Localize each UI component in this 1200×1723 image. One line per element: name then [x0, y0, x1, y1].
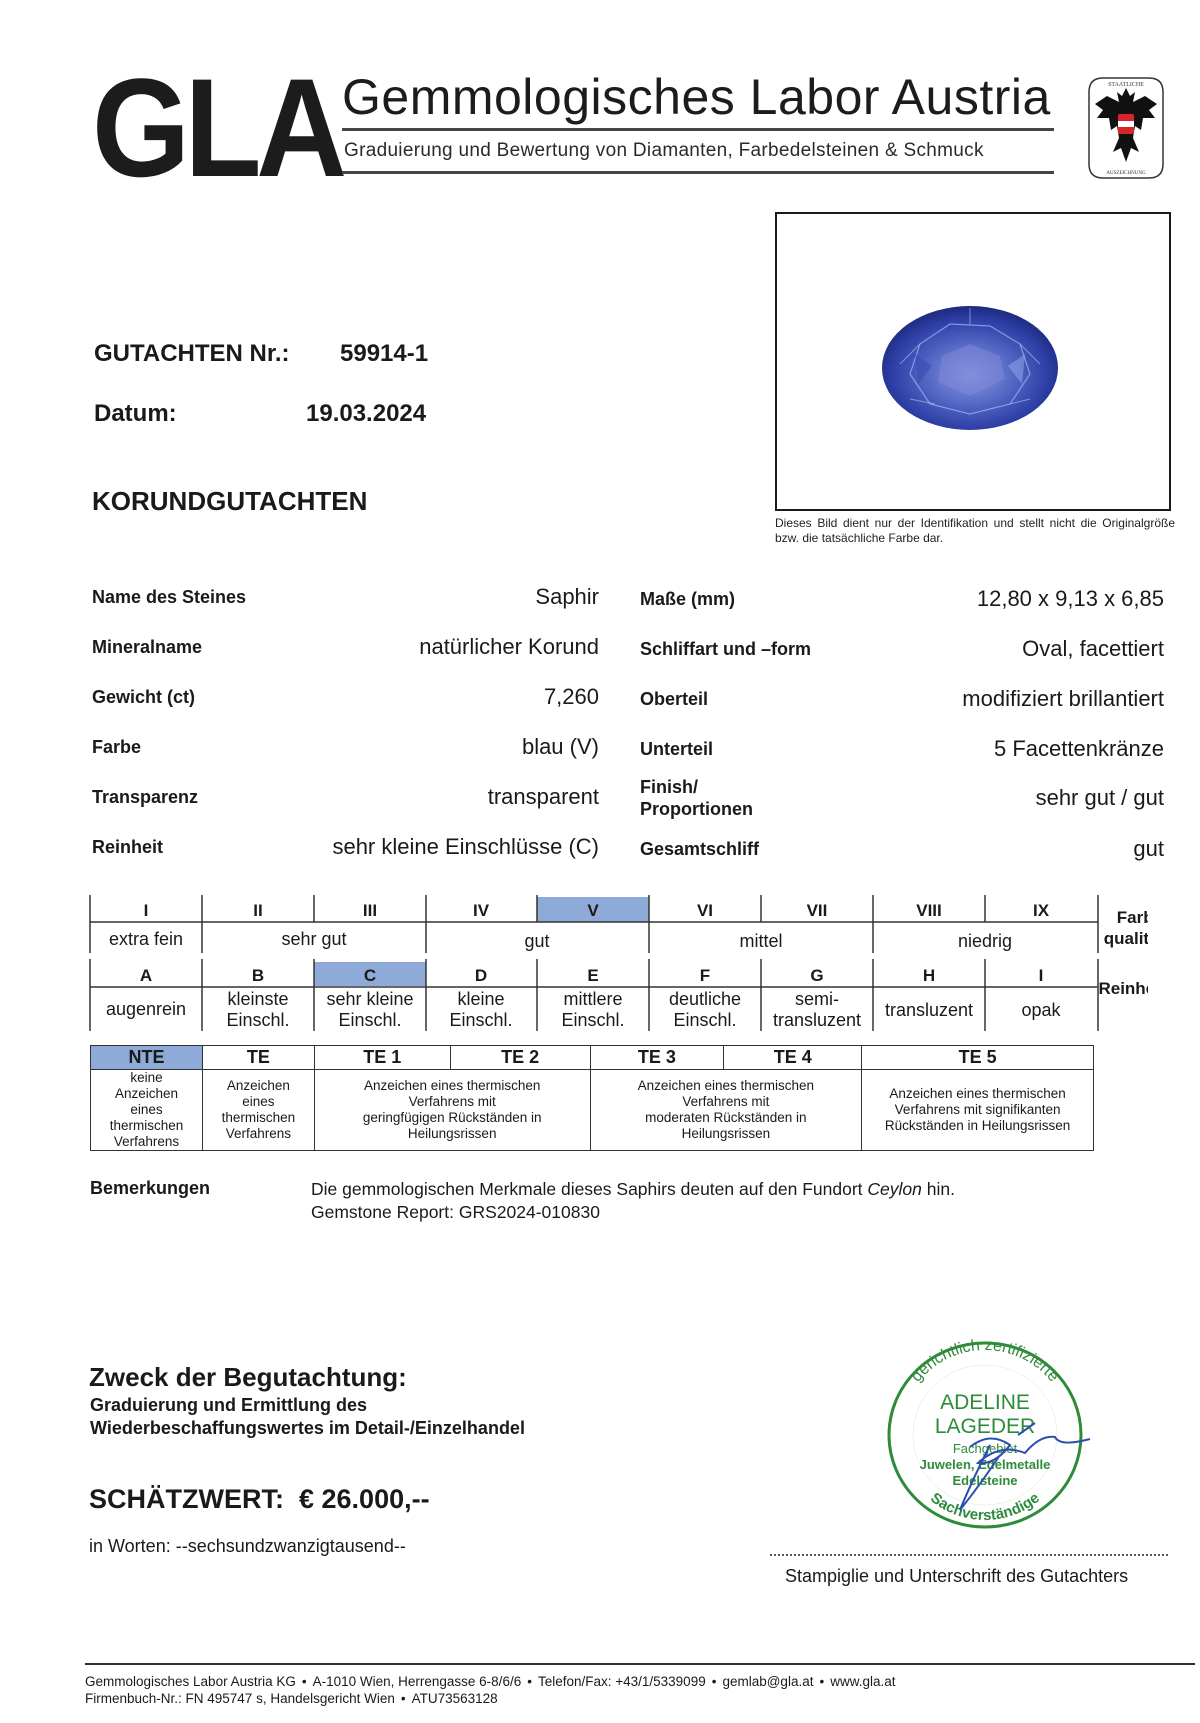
svg-text:AUSZEICHNUNG: AUSZEICHNUNG: [1106, 171, 1146, 176]
clarity-grade: A: [140, 966, 152, 985]
property-value: Oval, facettiert: [1022, 636, 1164, 662]
property-row: Transparenz transparent: [92, 784, 599, 810]
header-rule-bottom: [342, 171, 1054, 174]
property-value: transparent: [488, 784, 599, 810]
property-value: gut: [1133, 836, 1164, 862]
property-label: Transparenz: [92, 786, 198, 808]
treatment-grade-NTE: NTE: [91, 1046, 203, 1070]
property-label: Oberteil: [640, 688, 708, 710]
footer-phone: Telefon/Fax: +43/1/5339099: [538, 1674, 706, 1689]
color-grade-V: V: [587, 901, 599, 920]
property-label: Farbe: [92, 736, 141, 758]
clarity-desc: mittlere: [563, 989, 622, 1009]
clarity-grade: I: [1039, 966, 1044, 985]
treatment-desc: keineAnzeicheneinesthermischenVerfahrens: [91, 1070, 203, 1151]
property-label: Unterteil: [640, 738, 713, 760]
property-row: Gesamtschliff gut: [640, 836, 1164, 862]
footer-address: A-1010 Wien, Herrengasse 6-8/6/6: [313, 1674, 522, 1689]
property-value: sehr kleine Einschlüsse (C): [332, 834, 599, 860]
color-grade-IX: IX: [1033, 901, 1050, 920]
footer-rule: [85, 1663, 1195, 1665]
clarity-desc: Einschl.: [673, 1010, 736, 1030]
property-value: 12,80 x 9,13 x 6,85: [977, 586, 1164, 612]
property-row: Maße (mm) 12,80 x 9,13 x 6,85: [640, 586, 1164, 612]
treatment-desc: AnzeicheneinesthermischenVerfahrens: [202, 1070, 314, 1151]
clarity-desc: Einschl.: [226, 1010, 289, 1030]
lab-name: Gemmologisches Labor Austria: [342, 68, 1051, 126]
clarity-grade: B: [252, 966, 264, 985]
svg-text:ADELINE: ADELINE: [940, 1391, 1030, 1414]
color-grade-I: I: [144, 901, 149, 920]
valuation-amount: € 26.000,--: [299, 1484, 430, 1514]
clarity-grade: F: [700, 966, 710, 985]
treatment-table: NTE TE TE 1 TE 2 TE 3 TE 4 TE 5 keineAnz…: [90, 1045, 1094, 1151]
color-group: extra fein: [109, 929, 183, 949]
valuation-in-words: in Worten: --sechsundzwanzigtausend--: [89, 1536, 406, 1557]
property-row: Oberteil modifiziert brillantiert: [640, 686, 1164, 712]
treatment-grade-TE4: TE 4: [724, 1046, 862, 1070]
clarity-desc: augenrein: [106, 999, 186, 1019]
color-group: mittel: [739, 931, 782, 951]
footer-company: Gemmologisches Labor Austria KG: [85, 1674, 296, 1689]
date-label: Datum:: [94, 400, 177, 428]
treatment-grade-TE5: TE 5: [862, 1046, 1094, 1070]
appraiser-stamp-icon: gerichtlich zertifizierte Sachverständig…: [860, 1335, 1110, 1535]
report-number-label: GUTACHTEN Nr.:: [94, 340, 290, 368]
svg-text:Juwelen, Edelmetalle: Juwelen, Edelmetalle: [920, 1457, 1051, 1472]
property-value: sehr gut / gut: [1036, 785, 1164, 811]
remarks-label: Bemerkungen: [90, 1178, 210, 1199]
clarity-desc: Einschl.: [449, 1010, 512, 1030]
footer-vat: ATU73563128: [412, 1691, 498, 1706]
property-row: Mineralname natürlicher Korund: [92, 634, 599, 660]
report-number-value: 59914-1: [340, 340, 428, 368]
property-label: Gesamtschliff: [640, 838, 759, 860]
gla-logo: GLA: [92, 58, 342, 198]
property-label: Schliffart und –form: [640, 638, 811, 660]
svg-text:STAATLICHE: STAATLICHE: [1108, 82, 1144, 88]
footer-email[interactable]: gemlab@gla.at: [722, 1674, 813, 1689]
purpose-title: Zweck der Begutachtung:: [89, 1362, 407, 1393]
footer-register: Firmenbuch-Nr.: FN 495747 s, Handelsgeri…: [85, 1691, 395, 1706]
color-group: niedrig: [958, 931, 1012, 951]
property-label: Name des Steines: [92, 586, 246, 608]
clarity-grade: E: [587, 966, 598, 985]
treatment-desc: Anzeichen eines thermischenVerfahrens mi…: [862, 1070, 1094, 1151]
property-row: Farbe blau (V): [92, 734, 599, 760]
grading-scale: I II III IV V VI VII VIII IX extra fein …: [88, 895, 1148, 1035]
signature-caption: Stampiglie und Unterschrift des Gutachte…: [785, 1566, 1128, 1587]
color-grade-II: II: [253, 901, 262, 920]
property-value: modifiziert brillantiert: [962, 686, 1164, 712]
color-scale-title: qualität: [1104, 929, 1148, 948]
clarity-grade: H: [923, 966, 935, 985]
property-label: Mineralname: [92, 636, 202, 658]
property-row: Schliffart und –form Oval, facettiert: [640, 636, 1164, 662]
treatment-grade-TE3: TE 3: [590, 1046, 724, 1070]
property-value: 5 Facettenkränze: [994, 736, 1164, 762]
clarity-desc: kleinste: [227, 989, 288, 1009]
property-value: natürlicher Korund: [419, 634, 599, 660]
treatment-grade-TE1: TE 1: [314, 1046, 450, 1070]
valuation-label: SCHÄTZWERT:: [89, 1484, 284, 1514]
signature-line: [770, 1554, 1168, 1556]
property-row: Reinheit sehr kleine Einschlüsse (C): [92, 834, 599, 860]
property-label: Reinheit: [92, 836, 163, 858]
treatment-grade-TE2: TE 2: [450, 1046, 590, 1070]
gem-photo-frame: [775, 212, 1171, 511]
clarity-desc: deutliche: [669, 989, 741, 1009]
property-row: Gewicht (ct) 7,260: [92, 684, 599, 710]
treatment-grade-TE: TE: [202, 1046, 314, 1070]
austrian-eagle-crest-icon: STAATLICHE AUSZEICHNUNG: [1083, 74, 1169, 182]
property-value: Saphir: [535, 584, 599, 610]
color-grade-VIII: VIII: [916, 901, 942, 920]
footer-website[interactable]: www.gla.at: [830, 1674, 895, 1689]
purpose-text: Graduierung und Ermittlung desWiederbesc…: [90, 1394, 525, 1440]
color-grade-VII: VII: [807, 901, 828, 920]
valuation: SCHÄTZWERT: € 26.000,--: [89, 1484, 430, 1515]
property-row: Name des Steines Saphir: [92, 584, 599, 610]
clarity-desc: sehr kleine: [326, 989, 413, 1009]
photo-caption: Dieses Bild dient nur der Identifikation…: [775, 516, 1175, 546]
clarity-desc: Einschl.: [561, 1010, 624, 1030]
clarity-scale-title: Reinheit: [1098, 979, 1148, 998]
clarity-desc: transluzent: [885, 1000, 973, 1020]
clarity-grade: D: [475, 966, 487, 985]
svg-text:gerichtlich zertifizierte: gerichtlich zertifizierte: [908, 1337, 1062, 1385]
clarity-grade: C: [364, 966, 376, 985]
clarity-desc: Einschl.: [338, 1010, 401, 1030]
color-scale-title: Farb-: [1117, 908, 1148, 927]
color-group: sehr gut: [281, 929, 346, 949]
property-row: Unterteil 5 Facettenkränze: [640, 736, 1164, 762]
property-label: Finish/ Proportionen: [640, 776, 753, 820]
property-value: blau (V): [522, 734, 599, 760]
remarks-text: Die gemmologischen Merkmale dieses Saphi…: [311, 1178, 955, 1224]
clarity-desc: transluzent: [773, 1010, 861, 1030]
footer: Gemmologisches Labor Austria KG•A-1010 W…: [85, 1673, 895, 1707]
document-type: KORUNDGUTACHTEN: [92, 486, 367, 517]
header-rule-top: [342, 128, 1054, 131]
clarity-desc: opak: [1021, 1000, 1061, 1020]
property-label: Gewicht (ct): [92, 686, 195, 708]
sapphire-gem-icon: [880, 304, 1060, 432]
color-grade-VI: VI: [697, 901, 713, 920]
treatment-desc: Anzeichen eines thermischenVerfahrens mi…: [590, 1070, 862, 1151]
date-value: 19.03.2024: [306, 400, 426, 428]
color-group: gut: [524, 931, 549, 951]
gemstone-report-ref: Gemstone Report: GRS2024-010830: [311, 1202, 600, 1222]
color-grade-III: III: [363, 901, 377, 920]
property-row: Finish/ Proportionen sehr gut / gut: [640, 776, 1164, 820]
property-value: 7,260: [544, 684, 599, 710]
lab-subtitle: Graduierung und Bewertung von Diamanten,…: [344, 140, 984, 162]
clarity-desc: semi-: [795, 989, 839, 1009]
color-grade-IV: IV: [473, 901, 490, 920]
clarity-desc: kleine: [457, 989, 504, 1009]
treatment-desc: Anzeichen eines thermischenVerfahrens mi…: [314, 1070, 590, 1151]
property-label: Maße (mm): [640, 588, 735, 610]
clarity-grade: G: [810, 966, 823, 985]
